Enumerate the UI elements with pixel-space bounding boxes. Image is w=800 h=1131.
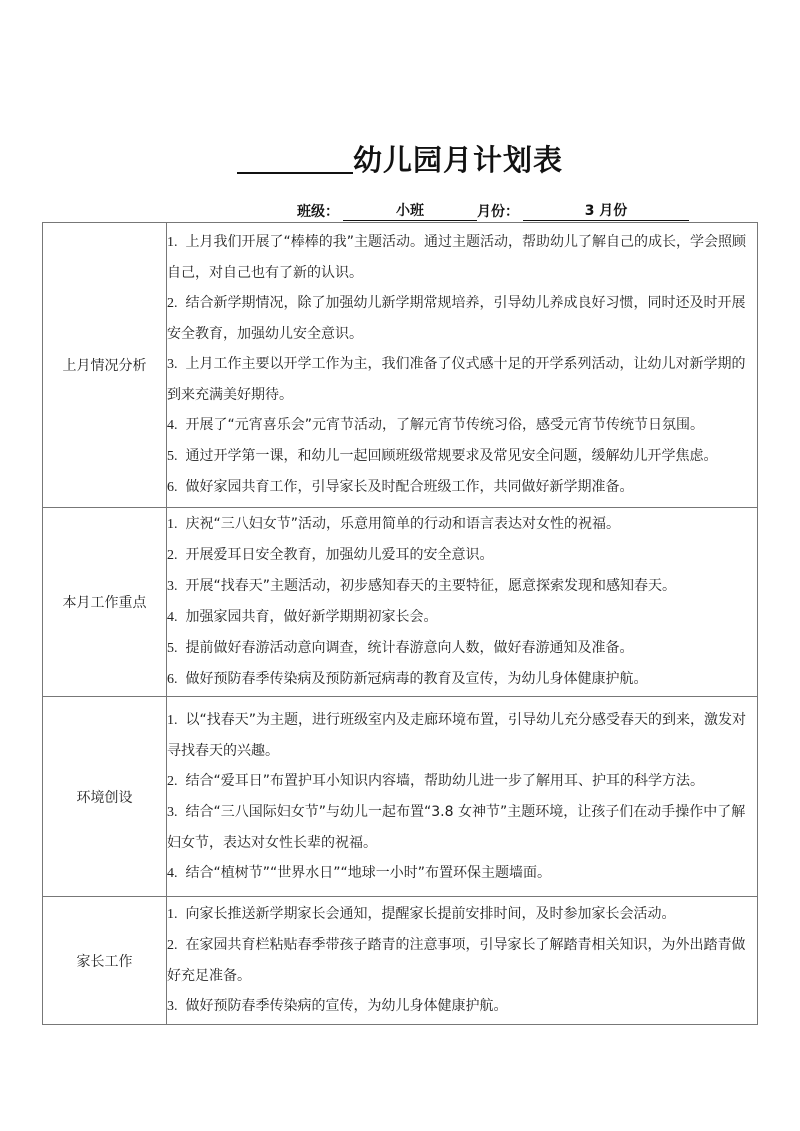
list-item: 5.通过开学第一课，和幼儿一起回顾班级常规要求及常见安全问题，缓解幼儿开学焦虑。	[167, 441, 757, 472]
section-label: 上月情况分析	[43, 223, 167, 508]
list-item: 4.加强家园共育，做好新学期期初家长会。	[167, 602, 757, 633]
kindergarten-name-blank	[237, 140, 353, 174]
section-row-parent-work: 家长工作 1.向家长推送新学期家长会通知，提醒家长提前安排时间，及时参加家长会活…	[43, 897, 758, 1025]
section-row-this-month-focus: 本月工作重点 1.庆祝“三八妇女节”活动，乐意用简单的行动和语言表达对女性的祝福…	[43, 508, 758, 697]
list-item: 1.以“找春天”为主题，进行班级室内及走廊环境布置，引导幼儿充分感受春天的到来，…	[167, 705, 757, 766]
list-item: 4.开展了“元宵喜乐会”元宵节活动，了解元宵节传统习俗，感受元宵节传统节日氛围。	[167, 410, 757, 441]
class-month-line: 班级： 小班 月份： 3 月份	[297, 201, 689, 221]
list-item: 3.做好预防春季传染病的宣传，为幼儿身体健康护航。	[167, 991, 757, 1022]
list-item: 1.向家长推送新学期家长会通知，提醒家长提前安排时间，及时参加家长会活动。	[167, 899, 757, 930]
list-item: 2.结合新学期情况，除了加强幼儿新学期常规培养，引导幼儿养成良好习惯，同时还及时…	[167, 288, 757, 349]
list-item: 6.做好预防春季传染病及预防新冠病毒的教育及宣传，为幼儿身体健康护航。	[167, 664, 757, 695]
class-label: 班级：	[297, 201, 339, 221]
list-item: 6.做好家园共育工作，引导家长及时配合班级工作，共同做好新学期准备。	[167, 472, 757, 503]
list-item: 2.在家园共育栏粘贴春季带孩子踏青的注意事项，引导家长了解踏青相关知识，为外出踏…	[167, 930, 757, 991]
section-row-last-month-analysis: 上月情况分析 1.上月我们开展了“棒棒的我”主题活动。通过主题活动，帮助幼儿了解…	[43, 223, 758, 508]
list-item: 5.提前做好春游活动意向调查，统计春游意向人数，做好春游通知及准备。	[167, 633, 757, 664]
section-content: 1.庆祝“三八妇女节”活动，乐意用简单的行动和语言表达对女性的祝福。 2.开展爱…	[167, 508, 758, 697]
list-item: 2.开展爱耳日安全教育，加强幼儿爱耳的安全意识。	[167, 540, 757, 571]
list-item: 1.上月我们开展了“棒棒的我”主题活动。通过主题活动，帮助幼儿了解自己的成长，学…	[167, 227, 757, 288]
section-label: 环境创设	[43, 697, 167, 897]
section-content: 1.上月我们开展了“棒棒的我”主题活动。通过主题活动，帮助幼儿了解自己的成长，学…	[167, 223, 758, 508]
section-content: 1.以“找春天”为主题，进行班级室内及走廊环境布置，引导幼儿充分感受春天的到来，…	[167, 697, 758, 897]
list-item: 1.庆祝“三八妇女节”活动，乐意用简单的行动和语言表达对女性的祝福。	[167, 509, 757, 540]
month-label: 月份：	[477, 201, 519, 221]
section-row-environment-setup: 环境创设 1.以“找春天”为主题，进行班级室内及走廊环境布置，引导幼儿充分感受春…	[43, 697, 758, 897]
monthly-plan-table: 上月情况分析 1.上月我们开展了“棒棒的我”主题活动。通过主题活动，帮助幼儿了解…	[42, 222, 758, 1025]
section-label: 家长工作	[43, 897, 167, 1025]
list-item: 3.开展“找春天”主题活动，初步感知春天的主要特征，愿意探索发现和感知春天。	[167, 571, 757, 602]
list-item: 3.上月工作主要以开学工作为主，我们准备了仪式感十足的开学系列活动，让幼儿对新学…	[167, 349, 757, 410]
list-item: 2.结合“爱耳日”布置护耳小知识内容墙，帮助幼儿进一步了解用耳、护耳的科学方法。	[167, 766, 757, 797]
title-text: 幼儿园月计划表	[353, 140, 563, 180]
section-content: 1.向家长推送新学期家长会通知，提醒家长提前安排时间，及时参加家长会活动。 2.…	[167, 897, 758, 1025]
section-label: 本月工作重点	[43, 508, 167, 697]
list-item: 4.结合“植树节”“世界水日”“地球一小时”布置环保主题墙面。	[167, 858, 757, 889]
list-item: 3.结合“三八国际妇女节”与幼儿一起布置“3.8 女神节”主题环境，让孩子们在动…	[167, 797, 757, 858]
month-value: 3 月份	[523, 202, 689, 221]
document-title: 幼儿园月计划表	[237, 140, 563, 180]
class-value: 小班	[343, 202, 477, 221]
